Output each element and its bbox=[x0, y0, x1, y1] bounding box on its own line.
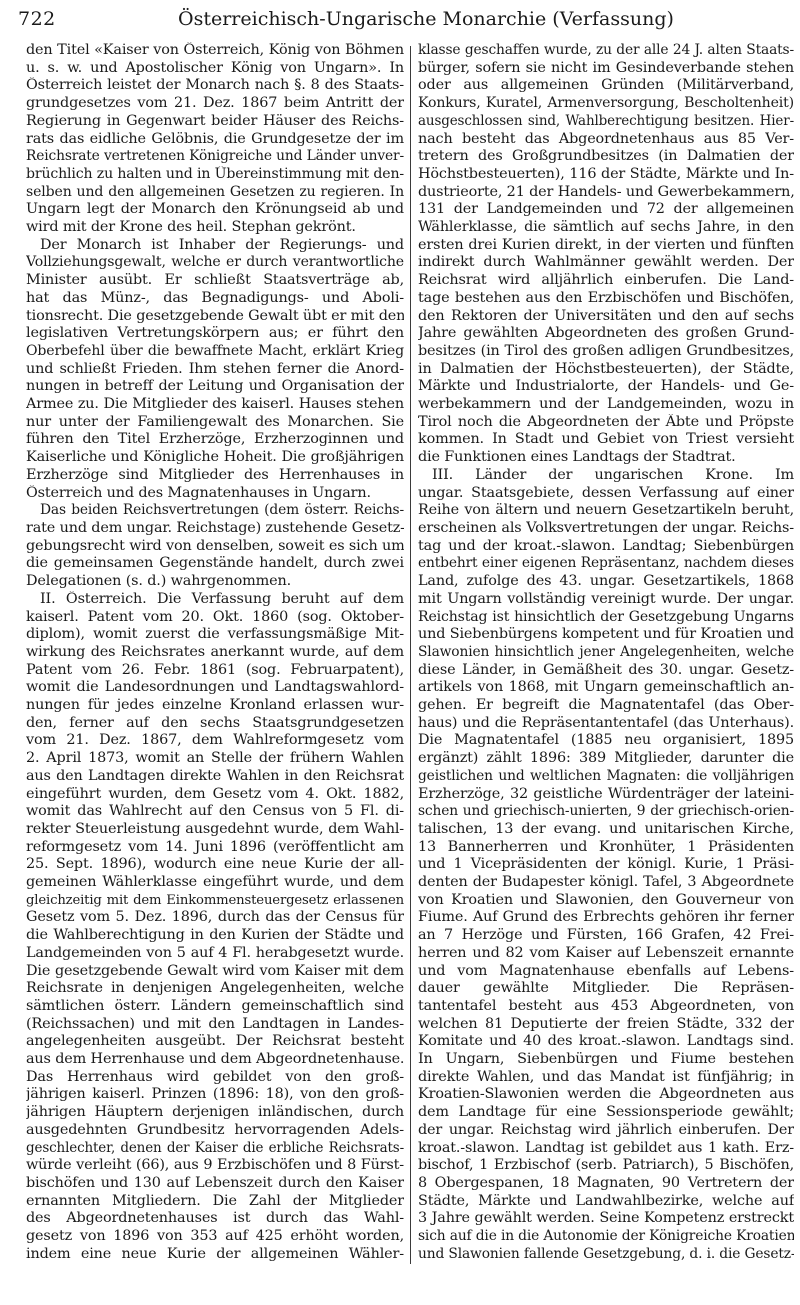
text-line: und Siebenbürgens kompetent und für Kroa… bbox=[418, 626, 794, 644]
text-line: ersten drei Kurien direkt, in der vierte… bbox=[418, 237, 794, 255]
text-line: führen den Titel Erzherzöge, Erzherzogin… bbox=[26, 431, 404, 449]
text-line: und 1 Vicepräsidenten der königl. Kurie,… bbox=[418, 856, 794, 874]
text-line: tage bestehen aus den Erzbischöfen und B… bbox=[418, 290, 794, 308]
text-line: Österreich und des Magnatenhauses in Ung… bbox=[26, 485, 404, 503]
text-line: die gemeinsamen Gegenstände handelt, dur… bbox=[26, 555, 404, 573]
text-line: aus dem Herrenhause und dem Abgeordneten… bbox=[26, 1051, 404, 1069]
left-column: den Titel «Kaiser von Österreich, König … bbox=[26, 42, 404, 1264]
text-line: dauer gewählte Mitglieder. Die Repräsen- bbox=[418, 980, 794, 998]
text-line: Erzherzöge, 32 geistliche Würdenträger d… bbox=[418, 786, 794, 804]
text-line: jährigen kaiserl. Prinzen (1896: 18), vo… bbox=[26, 1086, 404, 1104]
text-line: haus) und die Repräsentantentafel (das U… bbox=[418, 715, 794, 733]
text-line: Tirol noch die Abgeordneten der Äbte und… bbox=[418, 414, 794, 432]
text-line: tantentafel besteht aus 453 Abgeordneten… bbox=[418, 998, 794, 1016]
text-line: den, ferner auf den sechs Staatsgrundges… bbox=[26, 715, 404, 733]
text-line: 3 Jahre gewählt werden. Seine Kompetenz … bbox=[418, 1210, 794, 1228]
text-line: grundgesetzes vom 21. Dez. 1867 beim Ant… bbox=[26, 95, 404, 113]
text-line: Das Herrenhaus wird gebildet von den gro… bbox=[26, 1069, 404, 1087]
text-line: Land, zufolge des 43. ungar. Gesetzartik… bbox=[418, 573, 794, 591]
text-line: bürger, sofern sie nicht im Gesindeverba… bbox=[418, 60, 794, 78]
text-line: rekter Steuerleistung ausgedehnt wurde, … bbox=[26, 821, 404, 839]
text-line: u. s. w. und Apostolischer König von Ung… bbox=[26, 60, 404, 78]
text-line: kommen. In Stadt und Gebiet von Triest v… bbox=[418, 431, 794, 449]
text-line: (Reichssachen) und mit den Landtagen in … bbox=[26, 1016, 404, 1034]
text-line: Reihe von ältern und neuern Gesetzartike… bbox=[418, 502, 794, 520]
text-line: artikels von 1868, mit Ungarn gemeinscha… bbox=[418, 679, 794, 697]
text-line: an 7 Herzöge und Fürsten, 166 Grafen, 42… bbox=[418, 927, 794, 945]
text-line: kaiserl. Patent vom 20. Okt. 1860 (sog. … bbox=[26, 609, 404, 627]
text-line: Der Monarch ist Inhaber der Regierungs- … bbox=[26, 237, 404, 255]
text-line: bischöfen und 130 auf Lebenszeit durch d… bbox=[26, 1175, 404, 1193]
text-line: eingeführt wurden, dem Gesetz vom 4. Okt… bbox=[26, 786, 404, 804]
text-line: und schließt Frieden. Ihm stehen ferner … bbox=[26, 361, 404, 379]
text-line: tag und der kroat.-slawon. Landtag; Sieb… bbox=[418, 538, 794, 556]
text-line: rate und dem ungar. Reichstage) zustehen… bbox=[26, 520, 404, 538]
text-line: angelegenheiten ausgeübt. Der Reichsrat … bbox=[26, 1033, 404, 1051]
text-line: und vom Magnatenhause ebenfalls auf Lebe… bbox=[418, 963, 794, 981]
text-line: würde verleiht (66), aus 9 Erzbischöfen … bbox=[26, 1157, 404, 1175]
text-line: klasse geschaffen wurde, zu der alle 24 … bbox=[418, 42, 794, 60]
text-line: Die Magnatentafel (1885 neu organisiert,… bbox=[418, 732, 794, 750]
text-line: II. Österreich. Die Verfassung beruht au… bbox=[26, 591, 404, 609]
text-line: ungar. Staatsgebiete, dessen Verfassung … bbox=[418, 485, 794, 503]
text-line: tionsrecht. Die gesetzgebende Gewalt übt… bbox=[26, 308, 404, 326]
text-line: ausgeschlossen sind, Wahlberechtigung be… bbox=[418, 113, 794, 131]
text-line: hat das Münz-, das Begnadigungs- und Abo… bbox=[26, 290, 404, 308]
text-line: von Kroatien und Slawonien, den Gouverne… bbox=[418, 892, 794, 910]
text-line: Reichsrate vertretenen Königreiche und L… bbox=[26, 148, 404, 166]
text-line: dem Landtage für eine Sessionsperiode ge… bbox=[418, 1104, 794, 1122]
text-line: 25. Sept. 1896), wodurch eine neue Kurie… bbox=[26, 856, 404, 874]
text-line: direkte Wahlen, und das Mandat ist fünfj… bbox=[418, 1069, 794, 1087]
text-line: Reichsrate in denjenigen Angelegenheiten… bbox=[26, 980, 404, 998]
text-line: wirkung des Reichsrates anerkannt wurde,… bbox=[26, 644, 404, 662]
text-line: vom 21. Dez. 1867, dem Wahlreformgesetz … bbox=[26, 732, 404, 750]
text-line: Komitate und 40 des kroat.-slawon. Landt… bbox=[418, 1033, 794, 1051]
text-line: Höchstbesteuerten), 116 der Städte, Märk… bbox=[418, 166, 794, 184]
text-line: in Dalmatien der Höchstbesteuerten), der… bbox=[418, 361, 794, 379]
text-line: gemeinen Wählerklasse eingeführt wurde, … bbox=[26, 874, 404, 892]
text-line: denten der Budapester königl. Tafel, 3 A… bbox=[418, 874, 794, 892]
text-line: brüchlich zu halten und in Übereinstimmu… bbox=[26, 166, 404, 184]
text-line: nungen in betreff der Leitung und Organi… bbox=[26, 378, 404, 396]
page-header: 722 Österreichisch-Ungarische Monarchie … bbox=[0, 6, 800, 36]
text-line: Landgemeinden von 5 auf 4 Fl. herabgeset… bbox=[26, 945, 404, 963]
text-line: kroat.-slawon. Landtag ist gebildet aus … bbox=[418, 1140, 794, 1158]
text-line: den Titel «Kaiser von Österreich, König … bbox=[26, 42, 404, 60]
text-line: Österreich leistet der Monarch nach §. 8… bbox=[26, 77, 404, 95]
text-line: diplom), womit zuerst die verfassungsmäß… bbox=[26, 626, 404, 644]
text-line: gehen. Er begreift die Magnatentafel (da… bbox=[418, 697, 794, 715]
text-line: aus den Landtagen direkte Wahlen in den … bbox=[26, 768, 404, 786]
text-line: nur unter der Familiengewalt des Monarch… bbox=[26, 414, 404, 432]
column-divider bbox=[410, 46, 411, 1264]
text-line: herren und 82 vom Kaiser auf Lebenszeit … bbox=[418, 945, 794, 963]
right-column: klasse geschaffen wurde, zu der alle 24 … bbox=[418, 42, 794, 1264]
text-line: die Funktionen eines Landtags der Stadtr… bbox=[418, 449, 794, 467]
text-line: selben und den allgemeinen Gesetzen zu r… bbox=[26, 184, 404, 202]
text-line: ernannten Mitgliedern. Die Zahl der Mitg… bbox=[26, 1193, 404, 1211]
text-line: Vollziehungsgewalt, welche er durch vera… bbox=[26, 254, 404, 272]
text-line: talischen, 13 der evang. und unitarische… bbox=[418, 821, 794, 839]
text-line: indem eine neue Kurie der allgemeinen Wä… bbox=[26, 1246, 404, 1264]
text-line: gleichzeitig mit dem Einkommensteuergese… bbox=[26, 892, 404, 910]
text-line: Reichsrat wird alljährlich einberufen. D… bbox=[418, 272, 794, 290]
text-line: tretern des Großgrundbesitzes (in Dalmat… bbox=[418, 148, 794, 166]
text-line: 8 Obergespanen, 18 Magnaten, 90 Vertrete… bbox=[418, 1175, 794, 1193]
text-line: 131 der Landgemeinden und 72 der allgeme… bbox=[418, 201, 794, 219]
text-line: der ungar. Reichstag wird jährlich einbe… bbox=[418, 1122, 794, 1140]
text-line: welchen 81 Deputierte der freien Städte,… bbox=[418, 1016, 794, 1034]
text-line: und Slawonien fallende Gesetzgebung, d. … bbox=[418, 1246, 794, 1264]
text-line: Städte, Märkte und Landwahlbezirke, welc… bbox=[418, 1193, 794, 1211]
text-line: den Rektoren der Universitäten und den a… bbox=[418, 308, 794, 326]
text-line: bischof, 1 Erzbischof (serb. Patriarch),… bbox=[418, 1157, 794, 1175]
text-line: III. Länder der ungarischen Krone. Im bbox=[418, 467, 794, 485]
text-line: besitzes (in Tirol des großen adligen Gr… bbox=[418, 343, 794, 361]
text-line: gesetz von 1896 von 353 auf 425 erhöht w… bbox=[26, 1228, 404, 1246]
text-line: wird mit der Krone des heil. Stephan gek… bbox=[26, 219, 404, 237]
text-line: nungen für jedes einzelne Kronland erlas… bbox=[26, 697, 404, 715]
text-line: Kroatien-Slawonien werden die Abgeordnet… bbox=[418, 1086, 794, 1104]
text-line: oder aus allgemeinen Gründen (Militärver… bbox=[418, 77, 794, 95]
running-title: Österreichisch-Ungarische Monarchie (Ver… bbox=[178, 8, 674, 30]
text-line: werbekammern und der Landgemeinden, wozu… bbox=[418, 396, 794, 414]
text-line: sich auf die in die Autonomie der Königr… bbox=[418, 1228, 794, 1246]
text-line: ergänzt) zählt 1896: 389 Mitglieder, dar… bbox=[418, 750, 794, 768]
text-line: 13 Bannerherren und Kronhüter, 1 Präside… bbox=[418, 839, 794, 857]
text-line: Jahre gewählten Abgeordneten des großen … bbox=[418, 325, 794, 343]
text-line: erscheinen als Volksvertretungen der ung… bbox=[418, 520, 794, 538]
text-line: womit die Landesordnungen und Landtagswa… bbox=[26, 679, 404, 697]
text-line: sämtlichen österr. Ländern gemeinschaftl… bbox=[26, 998, 404, 1016]
text-line: mit Ungarn vollständig vereinigt wurde. … bbox=[418, 591, 794, 609]
text-line: schen und griechisch-unierten, 9 der gri… bbox=[418, 803, 794, 821]
text-line: des Abgeordnetenhauses ist durch das Wah… bbox=[26, 1210, 404, 1228]
text-line: 2. April 1873, womit an Stelle der frühe… bbox=[26, 750, 404, 768]
text-line: jährigen Häuptern derjenigen inländische… bbox=[26, 1104, 404, 1122]
text-line: dustrieorte, 21 der Handels- und Gewerbe… bbox=[418, 184, 794, 202]
text-line: Das beiden Reichsvertretungen (dem öster… bbox=[26, 502, 404, 520]
text-line: Fiume. Auf Grund des Erbrechts gehören i… bbox=[418, 909, 794, 927]
text-line: geschlechter, denen der Kaiser die erbli… bbox=[26, 1140, 404, 1158]
text-line: In Ungarn, Siebenbürgen und Fiume besteh… bbox=[418, 1051, 794, 1069]
text-line: Märkte und Industrialorte, der Handels- … bbox=[418, 378, 794, 396]
text-line: Reichstag ist hinsichtlich der Gesetzgeb… bbox=[418, 609, 794, 627]
text-line: die Wahlberechtigung in den Kurien der S… bbox=[26, 927, 404, 945]
page-number: 722 bbox=[18, 8, 56, 30]
text-line: nach besteht das Abgeordnetenhaus aus 85… bbox=[418, 131, 794, 149]
text-line: diese Länder, in Gemäßheit des 30. ungar… bbox=[418, 662, 794, 680]
text-line: Slawonien hinsichtlich jener Angelegenhe… bbox=[418, 644, 794, 662]
text-line: Ungarn legt der Monarch den Krönungseid … bbox=[26, 201, 404, 219]
text-line: womit das Wahlrecht auf den Census von 5… bbox=[26, 803, 404, 821]
text-line: Minister ausübt. Er schließt Staatsvertr… bbox=[26, 272, 404, 290]
text-line: Erzherzöge sind Mitglieder des Herrenhau… bbox=[26, 467, 404, 485]
text-line: Regierung in Gegenwart beider Häuser des… bbox=[26, 113, 404, 131]
text-line: indirekt durch Wahlmänner gewählt werden… bbox=[418, 254, 794, 272]
text-line: Wählerklasse, die sämtlich auf sechs Jah… bbox=[418, 219, 794, 237]
text-line: Patent vom 26. Febr. 1861 (sog. Februarp… bbox=[26, 662, 404, 680]
text-line: Kaiserliche und Königliche Hoheit. Die g… bbox=[26, 449, 404, 467]
text-line: Armee zu. Die Mitglieder des kaiserl. Ha… bbox=[26, 396, 404, 414]
text-line: Delegationen (s. d.) wahrgenommen. bbox=[26, 573, 404, 591]
text-line: ausgedehnten Grundbesitz hervorragenden … bbox=[26, 1122, 404, 1140]
text-line: Gesetz vom 5. Dez. 1896, durch das der C… bbox=[26, 909, 404, 927]
text-line: legislativen Vertretungskörpern aus; er … bbox=[26, 325, 404, 343]
text-line: reformgesetz vom 14. Juni 1896 (veröffen… bbox=[26, 839, 404, 857]
text-line: Oberbefehl über die bewaffnete Macht, er… bbox=[26, 343, 404, 361]
text-line: gebungsrecht wird von denselben, soweit … bbox=[26, 538, 404, 556]
text-line: rats das eidliche Gelöbnis, die Grundges… bbox=[26, 131, 404, 149]
text-line: Die gesetzgebende Gewalt wird vom Kaiser… bbox=[26, 963, 404, 981]
text-line: entbehrt einer eigenen Repräsentanz, nac… bbox=[418, 555, 794, 573]
text-line: geistlichen und weltlichen Magnaten: die… bbox=[418, 768, 794, 786]
text-line: Konkurs, Kuratel, Armenversorgung, Besch… bbox=[418, 95, 794, 113]
